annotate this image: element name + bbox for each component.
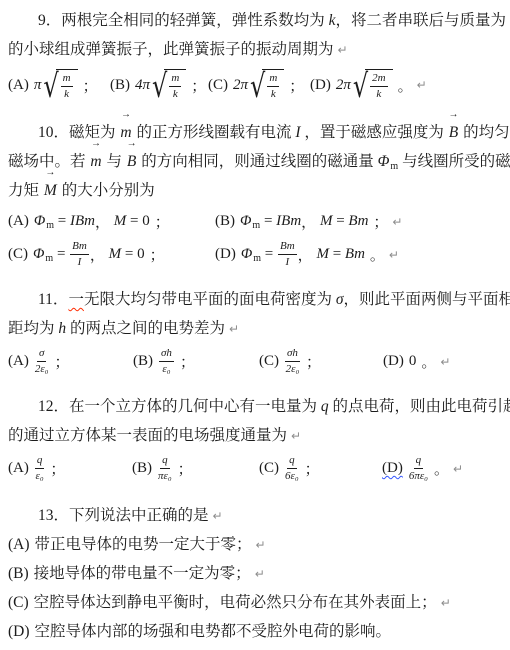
text-run: ， bbox=[95, 211, 114, 232]
text-run: = bbox=[54, 213, 70, 230]
math-variable: IBm bbox=[70, 213, 95, 230]
square-root: √2mk bbox=[353, 69, 393, 100]
question-12-stem-line-2: 的通过立方体某一表面的电场强度通量为↵ bbox=[8, 421, 502, 450]
paragraph-return-mark: ↵ bbox=[440, 355, 450, 369]
question-10-stem-line-2: 磁场中。若 →m 与 →B 的方向相同，则通过线圈的磁通量 Φm 与线圈所受的磁 bbox=[8, 147, 502, 176]
option-label: (A) bbox=[8, 213, 29, 230]
fraction-denominator: ε₀ bbox=[35, 469, 43, 483]
question-12: 12．在一个立方体的几何中心有一电量为 q 的点电荷，则由此电荷引起的通过立方体… bbox=[8, 392, 502, 487]
text-run: = bbox=[260, 213, 276, 230]
fraction: mk bbox=[169, 72, 181, 100]
option-formula: 4π√mk bbox=[135, 69, 186, 100]
question-11-option-A: (A)σ2ε₀； bbox=[8, 347, 133, 375]
radical-icon: √ bbox=[353, 70, 368, 102]
text-run: = bbox=[53, 246, 69, 263]
fraction-numerator: q bbox=[35, 454, 45, 469]
question-10-options-row-2: (C)Φm = BmI， M = 0；(D)Φm = BmI， M = Bm。↵ bbox=[8, 238, 502, 271]
question-12-option-D: (D)q6πε₀。↵ bbox=[382, 454, 463, 482]
question-9-option-A: (A)π√mk； bbox=[8, 69, 110, 100]
paragraph-return-mark: ↵ bbox=[389, 248, 399, 262]
fraction-numerator: q bbox=[160, 454, 170, 469]
question-12-option-C: (C)q6ε₀； bbox=[259, 454, 382, 482]
text-run: 13．下列说法中正确的是 bbox=[38, 507, 209, 524]
question-9-stem-line-1: 9．两根完全相同的轻弹簧，弹性系数均为 k，将二者串联后与质量为 m bbox=[8, 6, 502, 35]
option-separator: ； bbox=[306, 351, 321, 372]
vector-variable: →M bbox=[44, 176, 57, 205]
math-variable: M bbox=[109, 246, 122, 263]
subscript: m bbox=[45, 253, 53, 264]
fraction-denominator: k bbox=[376, 87, 381, 101]
radical-icon: √ bbox=[152, 70, 167, 102]
text-run: = bbox=[261, 246, 277, 263]
question-10-stem-line-3: 力矩 →M 的大小分别为 bbox=[8, 176, 502, 205]
fraction-denominator: k bbox=[173, 87, 178, 101]
fraction-denominator: πε₀ bbox=[158, 469, 172, 483]
question-11-option-C: (C)σh2ε₀； bbox=[259, 347, 383, 375]
option-formula: Φm = IBm， M = Bm bbox=[240, 211, 368, 232]
option-label: (D) bbox=[382, 460, 403, 477]
option-label: (A) bbox=[8, 353, 29, 370]
subscripted-symbol: Φm bbox=[34, 213, 54, 231]
question-12-options-row-1: (A)qε₀；(B)qπε₀；(C)q6ε₀；(D)q6πε₀。↵ bbox=[8, 450, 502, 487]
text-run: 的大小分别为 bbox=[58, 182, 155, 199]
text-run: = 0 bbox=[121, 246, 144, 263]
question-11-options-row-1: (A)σ2ε₀；(B)σhε₀；(C)σh2ε₀；(D)0。↵ bbox=[8, 343, 502, 380]
option-label: (D) bbox=[215, 246, 236, 263]
vector-arrow-icon: → bbox=[449, 110, 459, 120]
fraction: qπε₀ bbox=[158, 454, 172, 482]
option-separator: 。 bbox=[398, 75, 413, 96]
option-separator: ； bbox=[180, 351, 195, 372]
option-formula: q6ε₀ bbox=[284, 454, 300, 482]
fraction: q6ε₀ bbox=[285, 454, 299, 482]
fraction-denominator: 6ε₀ bbox=[285, 469, 299, 483]
question-9-stem-line-2: 的小球组成弹簧振子，此弹簧振子的振动周期为↵ bbox=[8, 35, 502, 64]
text-run: = 0 bbox=[126, 213, 149, 230]
option-formula: Φm = IBm， M = 0 bbox=[34, 211, 150, 232]
question-9-options-row-1: (A)π√mk；(B)4π√mk；(C)2π√mk；(D)2π√2mk。↵ bbox=[8, 64, 502, 106]
document-page: 9．两根完全相同的轻弹簧，弹性系数均为 k，将二者串联后与质量为 m的小球组成弹… bbox=[0, 0, 510, 646]
math-variable: M bbox=[114, 213, 127, 230]
option-separator: ； bbox=[155, 211, 170, 232]
fraction: 2mk bbox=[370, 72, 387, 100]
math-variable: k bbox=[329, 12, 336, 29]
fraction: BmI bbox=[278, 240, 297, 268]
option-label: (A) bbox=[8, 77, 29, 94]
math-variable: IBm bbox=[276, 213, 301, 230]
radicand: 2mk bbox=[365, 69, 392, 100]
subscript: m bbox=[252, 220, 260, 231]
text-run: = bbox=[332, 213, 348, 230]
text-run: 带正电导体的电势一定大于零； bbox=[35, 530, 252, 559]
text-run: 空腔导体内部的场强和电势都不受腔外电荷的影响。 bbox=[35, 617, 392, 646]
question-11-option-B: (B)σhε₀； bbox=[133, 347, 259, 375]
option-label: (C) bbox=[208, 77, 228, 94]
radicand: mk bbox=[164, 69, 186, 100]
text-run: 的正方形线圈载有电流 bbox=[133, 124, 296, 141]
subscript: m bbox=[253, 253, 261, 264]
option-separator: 。 bbox=[434, 458, 449, 479]
fraction-denominator: 2ε₀ bbox=[35, 362, 49, 376]
text-run: ， bbox=[301, 211, 320, 232]
option-label: (A) bbox=[8, 536, 30, 553]
paragraph-return-mark: ↵ bbox=[256, 538, 266, 552]
text-run: ， bbox=[298, 244, 317, 265]
vector-variable: →B bbox=[127, 147, 136, 176]
math-variable: 4π bbox=[135, 77, 150, 94]
radicand: mk bbox=[262, 69, 284, 100]
question-10-option-A: (A)Φm = IBm， M = 0； bbox=[8, 211, 215, 232]
option-label: (D) bbox=[310, 77, 331, 94]
text-run: 9．两根完全相同的轻弹簧，弹性系数均为 bbox=[38, 12, 329, 29]
fraction-numerator: m bbox=[267, 72, 279, 87]
math-variable: M bbox=[320, 213, 333, 230]
option-label: (C) bbox=[8, 594, 29, 611]
math-variable: π bbox=[34, 77, 42, 94]
option-label: (B) bbox=[8, 565, 29, 582]
option-label: (B) bbox=[215, 213, 235, 230]
math-variable: 2π bbox=[336, 77, 351, 94]
option-separator: ； bbox=[83, 75, 98, 96]
option-formula: 空腔导体内部的场强和电势都不受腔外电荷的影响。 bbox=[35, 617, 392, 646]
question-12-option-B: (B)qπε₀； bbox=[132, 454, 259, 482]
text-run: 的方向相同，则通过线圈的磁通量 bbox=[137, 153, 377, 170]
option-label: (B) bbox=[132, 460, 152, 477]
fraction: BmI bbox=[70, 240, 89, 268]
option-label: (D) bbox=[8, 623, 30, 640]
question-10-option-D: (D)Φm = BmI， M = Bm。↵ bbox=[215, 240, 399, 268]
math-variable: h bbox=[58, 320, 66, 337]
fraction-denominator: I bbox=[78, 255, 82, 269]
option-label: (B) bbox=[133, 353, 153, 370]
fraction-numerator: m bbox=[169, 72, 181, 87]
option-separator: ； bbox=[373, 211, 388, 232]
square-root: √mk bbox=[152, 69, 186, 100]
paragraph-return-mark: ↵ bbox=[291, 429, 301, 443]
math-variable: m bbox=[90, 153, 101, 170]
radical-icon: √ bbox=[250, 70, 265, 102]
math-variable: 2π bbox=[233, 77, 248, 94]
math-variable: Φ bbox=[240, 213, 251, 229]
vector-variable: →B bbox=[449, 118, 458, 147]
option-formula: qπε₀ bbox=[157, 454, 173, 482]
text-run: 与线圈所受的磁 bbox=[398, 153, 510, 170]
option-separator: ； bbox=[55, 351, 70, 372]
option-formula: π√mk bbox=[34, 69, 78, 100]
option-separator: ； bbox=[289, 75, 304, 96]
fraction-numerator: m bbox=[61, 72, 73, 87]
text-run: 12．在一个立方体的几何中心有一电量为 bbox=[38, 398, 321, 415]
option-label: (C) bbox=[8, 246, 28, 263]
text-run: 的均匀 bbox=[459, 124, 509, 141]
option-separator: ； bbox=[305, 458, 320, 479]
vector-variable: →m bbox=[90, 147, 101, 176]
option-formula: 2π√mk bbox=[233, 69, 284, 100]
option-label: (A) bbox=[8, 460, 29, 477]
option-formula: 带正电导体的电势一定大于零； bbox=[35, 530, 252, 559]
fraction-denominator: 6πε₀ bbox=[409, 469, 428, 483]
fraction-denominator: ε₀ bbox=[162, 362, 170, 376]
vector-arrow-icon: → bbox=[127, 139, 137, 149]
question-11-option-D: (D)0。↵ bbox=[383, 351, 450, 372]
square-root: √mk bbox=[250, 69, 284, 100]
fraction: σh2ε₀ bbox=[285, 347, 300, 375]
paragraph-return-mark: ↵ bbox=[338, 43, 348, 57]
text-run: ，置于磁感应强度为 bbox=[301, 124, 448, 141]
fraction-denominator: k bbox=[64, 87, 69, 101]
paragraph-return-mark: ↵ bbox=[255, 567, 265, 581]
text-run: ， bbox=[90, 244, 109, 265]
question-9-option-C: (C)2π√mk； bbox=[208, 69, 310, 100]
fraction: q6πε₀ bbox=[409, 454, 428, 482]
option-separator: ； bbox=[178, 458, 193, 479]
text-run: 与 bbox=[103, 153, 126, 170]
math-variable: Φ bbox=[241, 246, 252, 262]
fraction-denominator: 2ε₀ bbox=[286, 362, 300, 376]
math-variable: B bbox=[127, 153, 136, 170]
math-variable: Bm bbox=[348, 213, 368, 230]
text-run: 力矩 bbox=[8, 182, 43, 199]
text-run: 距均为 bbox=[8, 320, 58, 337]
math-variable: Φ bbox=[378, 153, 390, 170]
text-run: 11． bbox=[38, 291, 68, 308]
question-10-option-B: (B)Φm = IBm， M = Bm；↵ bbox=[215, 211, 402, 232]
subscripted-symbol: Φm bbox=[33, 246, 53, 264]
fraction: qε₀ bbox=[35, 454, 45, 482]
question-9-option-D: (D)2π√2mk。↵ bbox=[310, 69, 427, 100]
text-run: 空腔导体达到静电平衡时，电荷必然只分布在其外表面上； bbox=[34, 588, 437, 617]
option-formula: 0 bbox=[409, 353, 417, 370]
radicand: mk bbox=[56, 69, 78, 100]
option-formula: σhε₀ bbox=[158, 347, 175, 375]
option-separator: ； bbox=[150, 244, 165, 265]
option-formula: σh2ε₀ bbox=[284, 347, 301, 375]
option-formula: Φm = BmI， M = Bm bbox=[241, 240, 365, 268]
math-variable: B bbox=[449, 124, 458, 141]
option-formula: 2π√2mk bbox=[336, 69, 393, 100]
text-run: 0 bbox=[409, 353, 417, 370]
paragraph-return-mark: ↵ bbox=[229, 322, 239, 336]
fraction-denominator: I bbox=[286, 255, 290, 269]
math-variable: σ bbox=[336, 291, 344, 308]
vector-arrow-icon: → bbox=[45, 168, 55, 178]
question-13-option-B: (B)接地导体的带电量不一定为零；↵ bbox=[8, 559, 502, 588]
fraction-denominator: k bbox=[271, 87, 276, 101]
question-13-option-D: (D)空腔导体内部的场强和电势都不受腔外电荷的影响。 bbox=[8, 617, 502, 646]
fraction-numerator: σh bbox=[159, 347, 174, 362]
math-variable: Φ bbox=[33, 246, 44, 262]
question-10-option-C: (C)Φm = BmI， M = 0； bbox=[8, 240, 215, 268]
fraction: σhε₀ bbox=[159, 347, 174, 375]
text-run: 接地导体的带电量不一定为零； bbox=[34, 559, 251, 588]
vector-arrow-icon: → bbox=[121, 110, 131, 120]
fraction-numerator: 2m bbox=[370, 72, 387, 87]
square-root: √mk bbox=[43, 69, 77, 100]
paragraph-return-mark: ↵ bbox=[453, 462, 463, 476]
text-run: = bbox=[329, 246, 345, 263]
subscript: m bbox=[46, 220, 54, 231]
question-13-option-A: (A)带正电导体的电势一定大于零；↵ bbox=[8, 530, 502, 559]
math-variable: Φ bbox=[34, 213, 45, 229]
paragraph-return-mark: ↵ bbox=[417, 78, 427, 92]
option-formula: 空腔导体达到静电平衡时，电荷必然只分布在其外表面上； bbox=[34, 588, 437, 617]
question-10-stem-line-1: 10．磁矩为 →m 的正方形线圈载有电流 I ，置于磁感应强度为 →B 的均匀 bbox=[8, 118, 502, 147]
subscripted-symbol: Φm bbox=[240, 213, 260, 231]
question-13-stem-line-1: 13．下列说法中正确的是↵ bbox=[8, 501, 502, 530]
text-run: ，则此平面两侧与平面相 bbox=[344, 291, 510, 308]
fraction: σ2ε₀ bbox=[35, 347, 49, 375]
fraction-numerator: Bm bbox=[278, 240, 297, 255]
fraction-numerator: Bm bbox=[70, 240, 89, 255]
question-13-options-row-1: (A)带正电导体的电势一定大于零；↵(B)接地导体的带电量不一定为零；↵(C)空… bbox=[8, 530, 502, 646]
text-run: 10．磁矩为 bbox=[38, 124, 119, 141]
option-formula: 接地导体的带电量不一定为零； bbox=[34, 559, 251, 588]
text-run: 无限大均匀带电平面的面电荷密度为 bbox=[84, 291, 336, 308]
option-separator: ； bbox=[191, 75, 206, 96]
question-11: 11．一无限大均匀带电平面的面电荷密度为 σ，则此平面两侧与平面相距均为 h 的… bbox=[8, 285, 502, 380]
option-formula: q6πε₀ bbox=[408, 454, 429, 482]
radical-icon: √ bbox=[43, 70, 58, 102]
text-run: ，将二者串联后与质量为 bbox=[336, 12, 510, 29]
paragraph-return-mark: ↵ bbox=[392, 215, 402, 229]
option-label: (B) bbox=[110, 77, 130, 94]
question-10: 10．磁矩为 →m 的正方形线圈载有电流 I ，置于磁感应强度为 →B 的均匀磁… bbox=[8, 118, 502, 271]
text-run: 的小球组成弹簧振子，此弹簧振子的振动周期为 bbox=[8, 41, 334, 58]
question-11-stem-line-1: 11．一无限大均匀带电平面的面电荷密度为 σ，则此平面两侧与平面相 bbox=[8, 285, 502, 314]
math-variable: M bbox=[316, 246, 329, 263]
fraction-numerator: σ bbox=[37, 347, 46, 362]
question-13-option-C: (C)空腔导体达到静电平衡时，电荷必然只分布在其外表面上；↵ bbox=[8, 588, 502, 617]
fraction-numerator: q bbox=[287, 454, 297, 469]
option-separator: 。 bbox=[370, 244, 385, 265]
question-9: 9．两根完全相同的轻弹簧，弹性系数均为 k，将二者串联后与质量为 m的小球组成弹… bbox=[8, 6, 502, 106]
question-11-stem-line-2: 距均为 h 的两点之间的电势差为↵ bbox=[8, 314, 502, 343]
fraction-numerator: q bbox=[414, 454, 424, 469]
text-run: 的点电荷，则由此电荷引起 bbox=[329, 398, 510, 415]
option-separator: 。 bbox=[421, 351, 436, 372]
option-formula: Φm = BmI， M = 0 bbox=[33, 240, 145, 268]
math-variable: Bm bbox=[345, 246, 365, 263]
text-run: 的两点之间的电势差为 bbox=[66, 320, 225, 337]
text-run: 一 bbox=[68, 291, 84, 308]
option-formula: σ2ε₀ bbox=[34, 347, 50, 375]
fraction-numerator: σh bbox=[285, 347, 300, 362]
math-variable: q bbox=[321, 398, 329, 415]
option-formula: qε₀ bbox=[34, 454, 46, 482]
question-12-stem-line-1: 12．在一个立方体的几何中心有一电量为 q 的点电荷，则由此电荷引起 bbox=[8, 392, 502, 421]
question-12-option-A: (A)qε₀； bbox=[8, 454, 132, 482]
option-label: (C) bbox=[259, 353, 279, 370]
text-run: 的通过立方体某一表面的电场强度通量为 bbox=[8, 427, 287, 444]
question-10-options-row-1: (A)Φm = IBm， M = 0；(B)Φm = IBm， M = Bm；↵ bbox=[8, 205, 502, 238]
paragraph-return-mark: ↵ bbox=[213, 509, 223, 523]
vector-arrow-icon: → bbox=[91, 139, 101, 149]
subscripted-symbol: Φm bbox=[378, 153, 399, 170]
subscripted-symbol: Φm bbox=[241, 246, 261, 264]
option-label: (D) bbox=[383, 353, 404, 370]
fraction: mk bbox=[61, 72, 73, 100]
math-variable: M bbox=[44, 182, 57, 199]
question-13: 13．下列说法中正确的是↵(A)带正电导体的电势一定大于零；↵(B)接地导体的带… bbox=[8, 501, 502, 646]
question-9-option-B: (B)4π√mk； bbox=[110, 69, 208, 100]
option-separator: ； bbox=[50, 458, 65, 479]
option-label: (C) bbox=[259, 460, 279, 477]
fraction: mk bbox=[267, 72, 279, 100]
paragraph-return-mark: ↵ bbox=[441, 596, 451, 610]
